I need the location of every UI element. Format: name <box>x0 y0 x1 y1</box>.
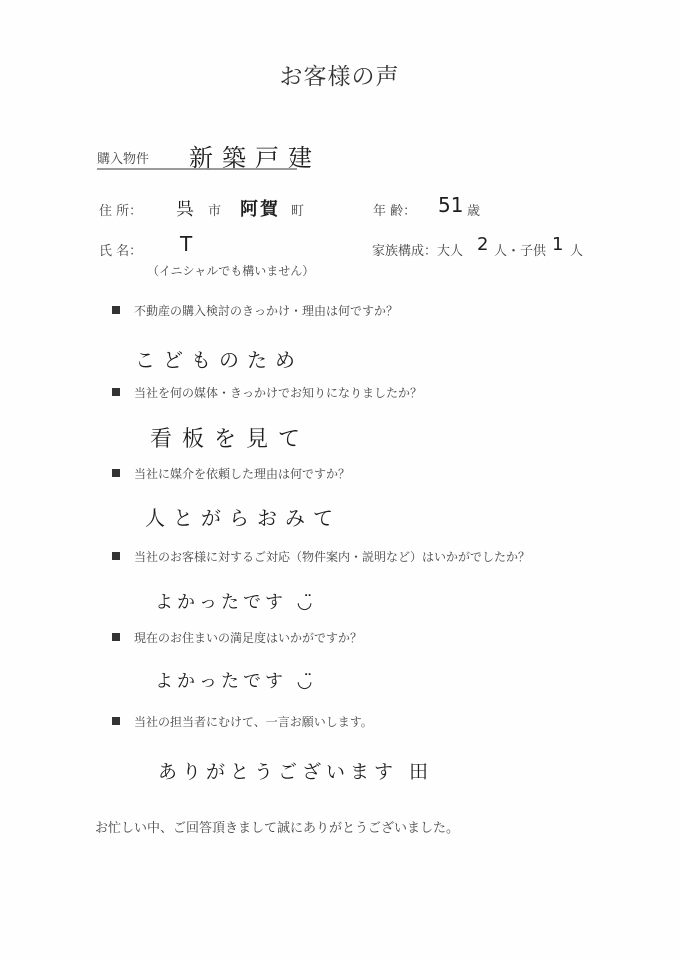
family-adults-suffix: 人・子供 <box>494 240 546 259</box>
bullet-square-icon <box>112 633 120 641</box>
bullet-square-icon <box>112 552 120 560</box>
address-town-value: 阿賀 <box>240 195 280 221</box>
answer-4: よかったです ◡̈ <box>155 588 316 614</box>
question-1: 不動産の購入検討のきっかけ・理由は何ですか？ <box>112 302 398 319</box>
family-children-value: 1 <box>552 234 563 255</box>
answer-6: ありがとうございます 田 <box>158 757 433 784</box>
answer-1: こどものため <box>135 344 303 373</box>
question-4-text: 当社のお客様に対するご対応（物件案内・説明など）はいかがでしたか？ <box>134 550 530 564</box>
question-2: 当社を何の媒体・きっかけでお知りになりましたか？ <box>112 384 422 401</box>
age-suffix: 歳 <box>467 200 480 219</box>
address-label: 住 所： <box>99 200 142 219</box>
closing-message: お忙しい中、ご回答頂きまして誠にありがとうございました。 <box>95 817 459 836</box>
name-value: T <box>180 232 192 256</box>
family-label: 家族構成：大人 <box>372 240 463 259</box>
bullet-square-icon <box>112 717 120 725</box>
answer-2: 看板を見て <box>150 422 310 453</box>
name-label: 氏 名： <box>99 240 142 259</box>
address-city-suffix: 市 <box>208 200 221 219</box>
bullet-square-icon <box>112 306 120 314</box>
question-5: 現在のお住まいの満足度はいかがですか？ <box>112 629 362 646</box>
age-value: 51 <box>438 193 463 217</box>
feedback-form-page: お客様の声 購入物件 新築戸建 住 所： 呉 市 阿賀 町 年 齢： 51 歳 … <box>0 0 679 960</box>
address-town-suffix: 町 <box>291 200 304 219</box>
bullet-square-icon <box>112 469 120 477</box>
property-row: 購入物件 新築戸建 <box>97 140 297 170</box>
family-children-suffix: 人 <box>570 240 583 259</box>
bullet-square-icon <box>112 388 120 396</box>
property-label: 購入物件 <box>97 148 149 167</box>
answer-5: よかったです ◡̈ <box>155 667 316 693</box>
question-6: 当社の担当者にむけて、一言お願いします。 <box>112 713 373 730</box>
question-1-text: 不動産の購入検討のきっかけ・理由は何ですか？ <box>134 304 398 318</box>
question-2-text: 当社を何の媒体・きっかけでお知りになりましたか？ <box>134 386 422 400</box>
age-label: 年 齢： <box>373 200 416 219</box>
question-5-text: 現在のお住まいの満足度はいかがですか？ <box>134 631 362 645</box>
address-city-value: 呉 <box>176 195 194 221</box>
property-value: 新築戸建 <box>189 138 321 173</box>
name-note: （イニシャルでも構いません） <box>147 262 314 279</box>
question-4: 当社のお客様に対するご対応（物件案内・説明など）はいかがでしたか？ <box>112 548 530 565</box>
answer-3: 人とがらおみて <box>145 502 341 531</box>
question-6-text: 当社の担当者にむけて、一言お願いします。 <box>134 715 373 729</box>
family-adults-value: 2 <box>477 234 488 255</box>
form-title: お客様の声 <box>0 58 679 91</box>
question-3: 当社に媒介を依頼した理由は何ですか？ <box>112 465 350 482</box>
question-3-text: 当社に媒介を依頼した理由は何ですか？ <box>134 467 350 481</box>
